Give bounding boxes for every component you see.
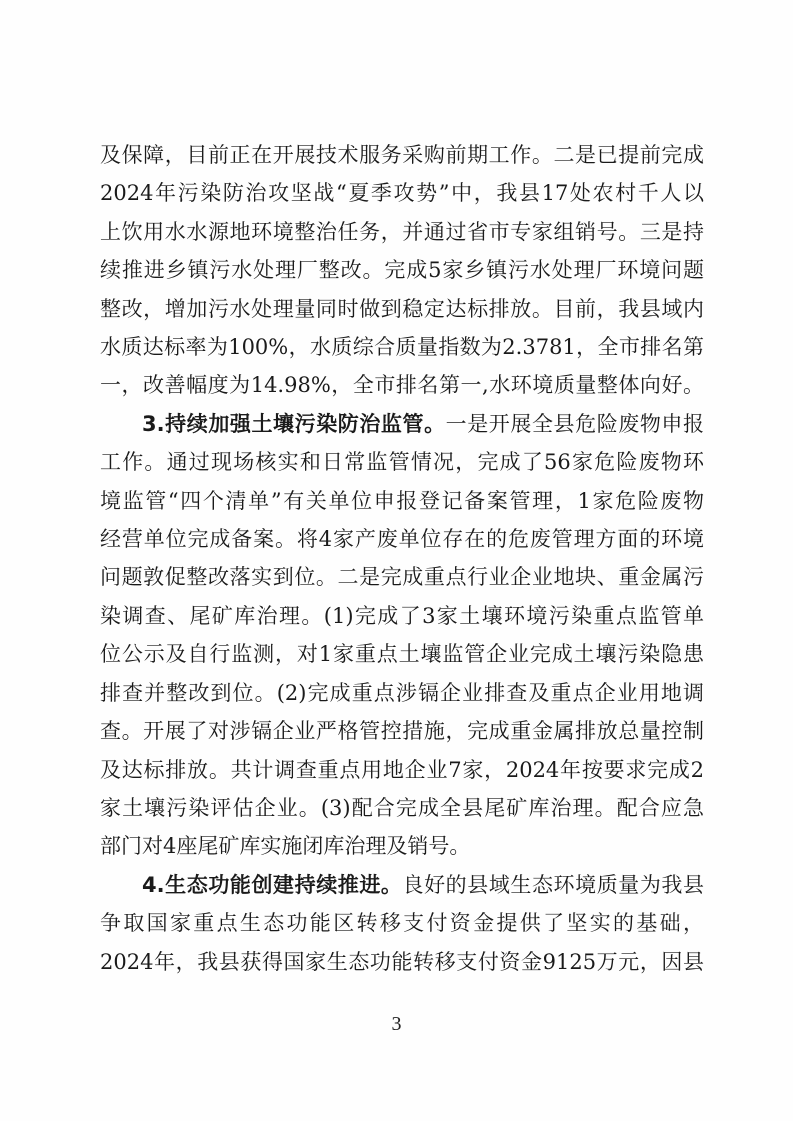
- text-line: 争取国家重点生态功能区转移支付资金提供了坚实的基础，: [100, 904, 704, 942]
- text-line: 整改，增加污水处理量同时做到稳定达标排放。目前，我县域内: [100, 290, 704, 328]
- text-line: 位公示及自行监测，对1家重点土壤监管企业完成土壤污染隐患: [100, 635, 704, 673]
- text-line: 查。开展了对涉镉企业严格管控措施，完成重金属排放总量控制: [100, 712, 704, 750]
- text-line: 排查并整改到位。(2)完成重点涉镉企业排查及重点企业用地调: [100, 674, 704, 712]
- text-line: 染调查、尾矿库治理。(1)完成了3家土壤环境污染重点监管单: [100, 597, 704, 635]
- text-line: 经营单位完成备案。将4家产废单位存在的危废管理方面的环境: [100, 520, 704, 558]
- text-run: 一是开展全县危险废物申报: [446, 412, 704, 436]
- text-line: 4.生态功能创建持续推进。良好的县域生态环境质量为我县: [100, 866, 704, 904]
- text-line: 2024年，我县获得国家生态功能转移支付资金9125万元，因县: [100, 943, 704, 981]
- text-line: 问题敦促整改落实到位。二是完成重点行业企业地块、重金属污: [100, 558, 704, 596]
- paragraph-soil-pollution: 3.持续加强土壤污染防治监管。一是开展全县危险废物申报 工作。通过现场核实和日常…: [100, 405, 704, 866]
- text-line: 3.持续加强土壤污染防治监管。一是开展全县危险废物申报: [100, 405, 704, 443]
- text-line: 及保障，目前正在开展技术服务采购前期工作。二是已提前完成: [100, 136, 704, 174]
- text-line: 境监管“四个清单”有关单位申报登记备案管理，1家危险废物: [100, 482, 704, 520]
- page-number: 3: [0, 1013, 793, 1036]
- paragraph-eco-function: 4.生态功能创建持续推进。良好的县域生态环境质量为我县 争取国家重点生态功能区转…: [100, 866, 704, 981]
- text-line: 续推进乡镇污水处理厂整改。完成5家乡镇污水处理厂环境问题: [100, 251, 704, 289]
- text-line: 水质达标率为100%，水质综合质量指数为2.3781，全市排名第: [100, 328, 704, 366]
- text-line: 上饮用水水源地环境整治任务，并通过省市专家组销号。三是持: [100, 213, 704, 251]
- text-line: 工作。通过现场核实和日常监管情况，完成了56家危险废物环: [100, 443, 704, 481]
- paragraph-water-continued: 及保障，目前正在开展技术服务采购前期工作。二是已提前完成 2024年污染防治攻坚…: [100, 136, 704, 405]
- text-line: 家土壤污染评估企业。(3)配合完成全县尾矿库治理。配合应急: [100, 789, 704, 827]
- text-line: 部门对4座尾矿库实施闭库治理及销号。: [100, 827, 704, 865]
- document-page: 及保障，目前正在开展技术服务采购前期工作。二是已提前完成 2024年污染防治攻坚…: [0, 0, 793, 1121]
- section-heading-4: 4.生态功能创建持续推进。: [142, 873, 403, 897]
- text-run: 良好的县域生态环境质量为我县: [403, 873, 705, 897]
- body-text: 及保障，目前正在开展技术服务采购前期工作。二是已提前完成 2024年污染防治攻坚…: [100, 136, 704, 981]
- section-heading-3: 3.持续加强土壤污染防治监管。: [142, 412, 446, 436]
- text-line: 2024年污染防治攻坚战“夏季攻势”中，我县17处农村千人以: [100, 174, 704, 212]
- text-line: 及达标排放。共计调查重点用地企业7家，2024年按要求完成2: [100, 751, 704, 789]
- text-line: 一，改善幅度为14.98%，全市排名第一,水环境质量整体向好。: [100, 366, 704, 404]
